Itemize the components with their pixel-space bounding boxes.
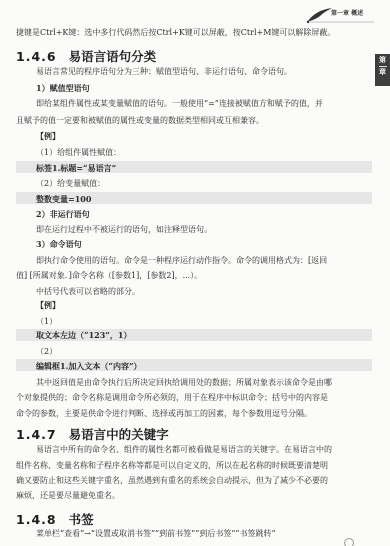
paragraph-line: 其中返回值是由命令执行后所决定回执给调用处的数据；所属对象表示该命令是由哪 [36, 377, 332, 388]
side-tab-char-2: 章 [379, 68, 386, 76]
paragraph-line: 个对象提供的；命令名称是调用命令所必须的，用于在程序中标识命令；括号中的内容是 [16, 392, 328, 403]
subheading: 1）赋值型语句 [36, 83, 90, 94]
example-item: （2） [36, 346, 57, 357]
code-line: 编辑框1.加入文本（“内容”） [36, 361, 142, 372]
paragraph-line: 值] [所属对象．]命令名称（[参数1]，[参数2]，...）。 [16, 270, 202, 281]
paragraph-line: 命令的参数，主要是供命令进行判断、选择或再加工的因素，每个参数用逗号分隔。 [16, 408, 312, 419]
code-line: 整数变量=100 [36, 194, 91, 205]
side-tab-char-1: 第 [379, 56, 386, 64]
paragraph-line: 即给某组件属性或某变量赋值的语句。一般使用“=”连接被赋值方和赋予的值，并 [36, 98, 323, 109]
side-tab-divider [379, 66, 387, 67]
paragraph-line: 菜单栏“查看”→“设置或取消书签”“到前书签”“到后书签”“书签跳转” [36, 528, 276, 539]
example-item: （1） [36, 316, 57, 327]
intro-line: 捷键是Ctrl+K键：选中多行代码然后按Ctrl+K键可以屏蔽，按Ctrl+M键… [16, 27, 335, 38]
chapter-side-tab: 第 章 [375, 54, 390, 86]
section-title: 易语言中的关键字 [69, 427, 169, 442]
code-line: 标签1.标题=“易语言” [36, 163, 116, 174]
subheading: 2）非运行语句 [36, 209, 90, 220]
paragraph-line: 组件名称、变量名称和子程序名称等都是可以自定义的，所以在起名称的时候既要清楚明 [16, 460, 328, 471]
section-heading-146: 1.4.6易语言语句分类 [16, 47, 156, 65]
paragraph-line: 且赋予的值一定要和被赋值的属性或变量的数据类型相同或互相兼容。 [16, 115, 264, 126]
section-heading-147: 1.4.7易语言中的关键字 [16, 425, 169, 443]
section-number: 1.4.7 [16, 427, 57, 442]
paragraph-line: 麻烦，还是要尽量避免重名。 [16, 490, 120, 501]
example-label: 【例】 [36, 300, 60, 311]
example-item: （1）给组件属性赋值： [36, 147, 121, 158]
paragraph: 易语言常见的程序语句分为三种：赋值型语句、非运行语句、命令语句。 [36, 66, 292, 77]
example-label: 【例】 [36, 131, 60, 142]
section-title: 书签 [69, 512, 94, 527]
paragraph-line: 易语言中所有的命令名、组件的属性名都可被看做是易语言的关键字。在易语言中的 [36, 444, 332, 455]
section-number: 1.4.8 [16, 512, 57, 527]
section-heading-148: 1.4.8书签 [16, 510, 94, 528]
subheading: 3）命令语句 [36, 239, 82, 250]
example-item: （2）给变量赋值： [36, 178, 105, 189]
section-number: 1.4.6 [16, 49, 57, 64]
paragraph-line: 确又要防止和这些关键字重名，虽然遇到有重名的系统会自动提示，但为了减少不必要的 [16, 475, 328, 486]
chapter-header-label: 第一章 概述 [331, 8, 363, 17]
code-line: 取文本左边（“123”，1） [36, 330, 131, 341]
paragraph-line: 即执行命令使用的语句。命令是一种程序运行动作指令。命令的调用格式为：[返回 [36, 255, 327, 266]
paragraph-line: 即在运行过程中不被运行的语句，如注释型语句。 [36, 224, 212, 235]
book-page: 第一章 概述 第 章 捷键是Ctrl+K键：选中多行代码然后按Ctrl+K键可以… [0, 0, 390, 546]
page-number-marker [344, 538, 354, 546]
section-title: 易语言语句分类 [69, 49, 157, 64]
paragraph-line: 中括号代表可以省略的部分。 [36, 286, 140, 297]
